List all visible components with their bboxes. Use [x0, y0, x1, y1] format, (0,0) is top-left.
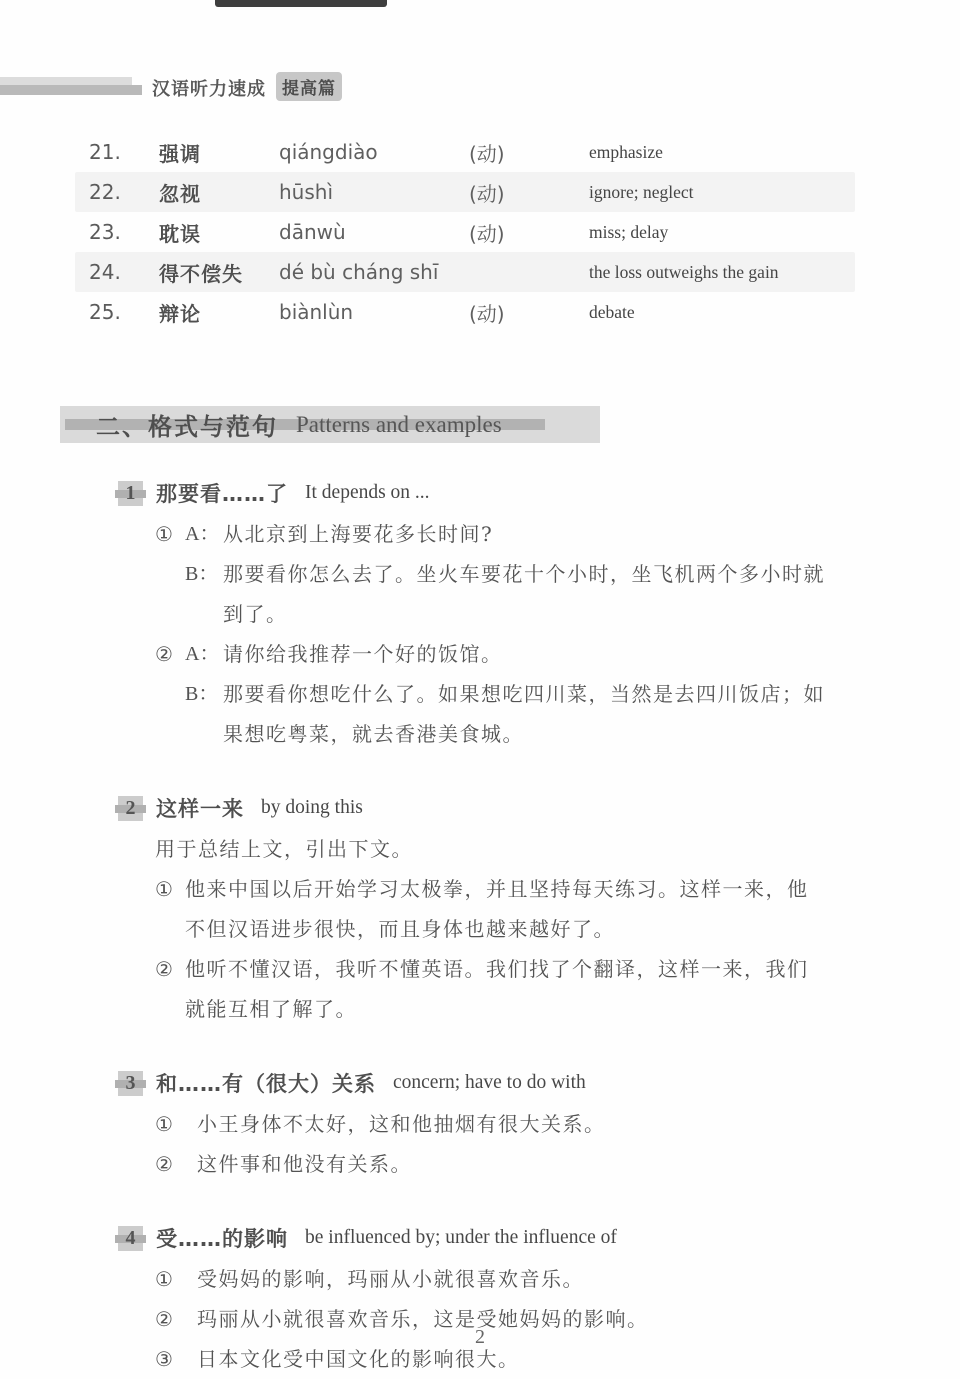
example-line: 用于总结上文，引出下文。 — [155, 829, 878, 869]
vocab-number: 22. — [89, 180, 159, 204]
vocab-word-chinese: 辩论 — [159, 298, 279, 327]
pattern-english: be influenced by; under the influence of — [305, 1227, 617, 1249]
vocab-number: 25. — [89, 300, 159, 324]
vocab-part-of-speech: (动) — [469, 218, 589, 247]
edition-badge: 提高篇 — [276, 72, 342, 101]
pattern-block: 2 这样一来 by doing this 用于总结上文，引出下文。 — [118, 788, 878, 1029]
table-row: 21. 强调 qiángdiào (动) emphasize — [75, 132, 855, 172]
example-text: 他听不懂汉语，我听不懂英语。我们找了个翻译，这样一来，我们 — [185, 949, 809, 989]
example-text: 这件事和他没有关系。 — [185, 1144, 412, 1184]
pattern-number-badge: 4 — [118, 1226, 143, 1251]
example-text: 果想吃粤菜，就去香港美食城。 — [223, 714, 524, 754]
vocab-number: 21. — [89, 140, 159, 164]
pattern-heading: 3 和……有（很大）关系 concern; have to do with — [118, 1063, 878, 1103]
pattern-number-badge: 3 — [118, 1071, 143, 1096]
vocab-number: 23. — [89, 220, 159, 244]
page-header: 汉语听力速成 提高篇 — [0, 74, 960, 100]
table-row: 25. 辩论 biànlùn (动) debate — [75, 292, 855, 332]
example-text: 那要看你想吃什么了。如果想吃四川菜，当然是去四川饭店；如 — [223, 674, 825, 714]
example-text: 他来中国以后开始学习太极拳，并且坚持每天练习。这样一来，他 — [185, 869, 809, 909]
header-stripe-decoration — [0, 77, 142, 95]
example-text: 到了。 — [223, 594, 288, 634]
example-text: 请你给我推荐一个好的饭馆。 — [223, 634, 503, 674]
vocab-pinyin: qiángdiào — [279, 140, 469, 164]
circled-number: ① — [155, 1259, 185, 1299]
example-line: ② A： 请你给我推荐一个好的饭馆。 — [155, 634, 878, 674]
vocab-pinyin: biànlùn — [279, 300, 469, 324]
pattern-block: 4 受……的影响 be influenced by; under the inf… — [118, 1218, 878, 1379]
pattern-english: by doing this — [261, 797, 363, 819]
table-row: 24. 得不偿失 dé bù cháng shī the loss outwei… — [75, 252, 855, 292]
circled-number — [155, 594, 185, 634]
example-text: 小王身体不太好，这和他抽烟有很大关系。 — [185, 1104, 606, 1144]
pattern-chinese: 和……有（很大）关系 — [156, 1068, 376, 1098]
pattern-chinese: 这样一来 — [156, 793, 244, 823]
book-page: 汉语听力速成 提高篇 21. 强调 qiángdiào (动) emphasiz… — [0, 0, 960, 1379]
pattern-english: concern; have to do with — [393, 1072, 586, 1094]
circled-number: ② — [155, 1144, 185, 1184]
vocab-word-chinese: 得不偿失 — [159, 258, 279, 287]
example-line: ① 他来中国以后开始学习太极拳，并且坚持每天练习。这样一来，他 — [155, 869, 878, 909]
circled-number — [155, 909, 185, 949]
vocab-pinyin: dé bù cháng shī — [279, 260, 469, 284]
speaker-label: B： — [185, 554, 223, 594]
vocab-pinyin: dānwù — [279, 220, 469, 244]
circled-number: ① — [155, 1104, 185, 1144]
vocab-number: 24. — [89, 260, 159, 284]
header-stripe-light — [0, 77, 132, 85]
header-stripe-dark — [0, 85, 142, 95]
section-header: 二、格式与范句 Patterns and examples — [60, 406, 600, 443]
vocab-english-gloss: ignore; neglect — [589, 182, 855, 203]
example-line: 到了。 — [155, 594, 878, 634]
example-text: 用于总结上文，引出下文。 — [155, 829, 413, 869]
example-line: B： 那要看你想吃什么了。如果想吃四川菜，当然是去四川饭店；如 — [155, 674, 878, 714]
speaker-label — [185, 594, 223, 634]
example-line: B： 那要看你怎么去了。坐火车要花十个小时，坐飞机两个多小时就 — [155, 554, 878, 594]
table-row: 22. 忽视 hūshì (动) ignore; neglect — [75, 172, 855, 212]
pattern-number-badge: 2 — [118, 796, 143, 821]
section-title-chinese: 二、格式与范句 — [96, 407, 278, 442]
pattern-heading: 1 那要看……了 It depends on ... — [118, 473, 878, 513]
vocab-word-chinese: 耽误 — [159, 218, 279, 247]
pattern-chinese: 受……的影响 — [156, 1223, 288, 1253]
example-text: 从北京到上海要花多长时间? — [223, 514, 493, 554]
vocab-part-of-speech: (动) — [469, 178, 589, 207]
circled-number: ② — [155, 949, 185, 989]
example-line: ① A： 从北京到上海要花多长时间? — [155, 514, 878, 554]
vocab-english-gloss: the loss outweighs the gain — [589, 262, 855, 283]
pattern-block: 3 和……有（很大）关系 concern; have to do with ① … — [118, 1063, 878, 1184]
example-list: ① A： 从北京到上海要花多长时间? B： 那要看你怎么去了。坐火车要花十个小时… — [155, 514, 878, 754]
scan-top-bar — [215, 0, 387, 7]
vocab-pinyin: hūshì — [279, 180, 469, 204]
example-line: ① 受妈妈的影响，玛丽从小就很喜欢音乐。 — [155, 1259, 878, 1299]
vocab-list: 21. 强调 qiángdiào (动) emphasize 22. 忽视 hū… — [75, 132, 855, 332]
example-line: 果想吃粤菜，就去香港美食城。 — [155, 714, 878, 754]
example-text: 受妈妈的影响，玛丽从小就很喜欢音乐。 — [185, 1259, 584, 1299]
vocab-word-chinese: 强调 — [159, 138, 279, 167]
vocab-english-gloss: debate — [589, 302, 855, 323]
vocab-word-chinese: 忽视 — [159, 178, 279, 207]
circled-number — [155, 554, 185, 594]
pattern-number: 3 — [126, 1072, 136, 1095]
pattern-heading: 2 这样一来 by doing this — [118, 788, 878, 828]
pattern-number: 2 — [126, 797, 136, 820]
pattern-number: 4 — [126, 1227, 136, 1250]
example-line: ② 他听不懂汉语，我听不懂英语。我们找了个翻译，这样一来，我们 — [155, 949, 878, 989]
pattern-number-badge: 1 — [118, 481, 143, 506]
example-text: 就能互相了解了。 — [185, 989, 357, 1029]
vocab-english-gloss: miss; delay — [589, 222, 855, 243]
book-series-title: 汉语听力速成 — [152, 75, 266, 101]
page-number: 2 — [0, 1326, 960, 1349]
pattern-heading: 4 受……的影响 be influenced by; under the inf… — [118, 1218, 878, 1258]
pattern-block: 1 那要看……了 It depends on ... ① A： 从北京到上海要花… — [118, 473, 878, 754]
example-text: 那要看你怎么去了。坐火车要花十个小时，坐飞机两个多小时就 — [223, 554, 825, 594]
circled-number: ② — [155, 634, 185, 674]
example-list: ① 小王身体不太好，这和他抽烟有很大关系。 ② 这件事和他没有关系。 — [155, 1104, 878, 1184]
pattern-english: It depends on ... — [305, 482, 430, 504]
vocab-part-of-speech: (动) — [469, 138, 589, 167]
circled-number — [155, 989, 185, 1029]
example-list: 用于总结上文，引出下文。 ① 他来中国以后开始学习太极拳，并且坚持每天练习。这样… — [155, 829, 878, 1029]
example-text: 不但汉语进步很快，而且身体也越来越好了。 — [185, 909, 615, 949]
patterns-section: 1 那要看……了 It depends on ... ① A： 从北京到上海要花… — [118, 473, 878, 1379]
section-title-english: Patterns and examples — [296, 412, 502, 438]
pattern-number: 1 — [126, 482, 136, 505]
example-list: ① 受妈妈的影响，玛丽从小就很喜欢音乐。 ② 玛丽从小就很喜欢音乐，这是受她妈妈… — [155, 1259, 878, 1379]
circled-number: ① — [155, 869, 185, 909]
circled-number — [155, 714, 185, 754]
speaker-label: B： — [185, 674, 223, 714]
speaker-label: A： — [185, 634, 223, 674]
circled-number — [155, 674, 185, 714]
vocab-english-gloss: emphasize — [589, 142, 855, 163]
circled-number: ① — [155, 514, 185, 554]
example-line: 不但汉语进步很快，而且身体也越来越好了。 — [155, 909, 878, 949]
speaker-label: A： — [185, 514, 223, 554]
vocab-part-of-speech: (动) — [469, 298, 589, 327]
example-line: ① 小王身体不太好，这和他抽烟有很大关系。 — [155, 1104, 878, 1144]
pattern-chinese: 那要看……了 — [156, 478, 288, 508]
speaker-label — [185, 714, 223, 754]
example-line: ② 这件事和他没有关系。 — [155, 1144, 878, 1184]
example-line: 就能互相了解了。 — [155, 989, 878, 1029]
table-row: 23. 耽误 dānwù (动) miss; delay — [75, 212, 855, 252]
